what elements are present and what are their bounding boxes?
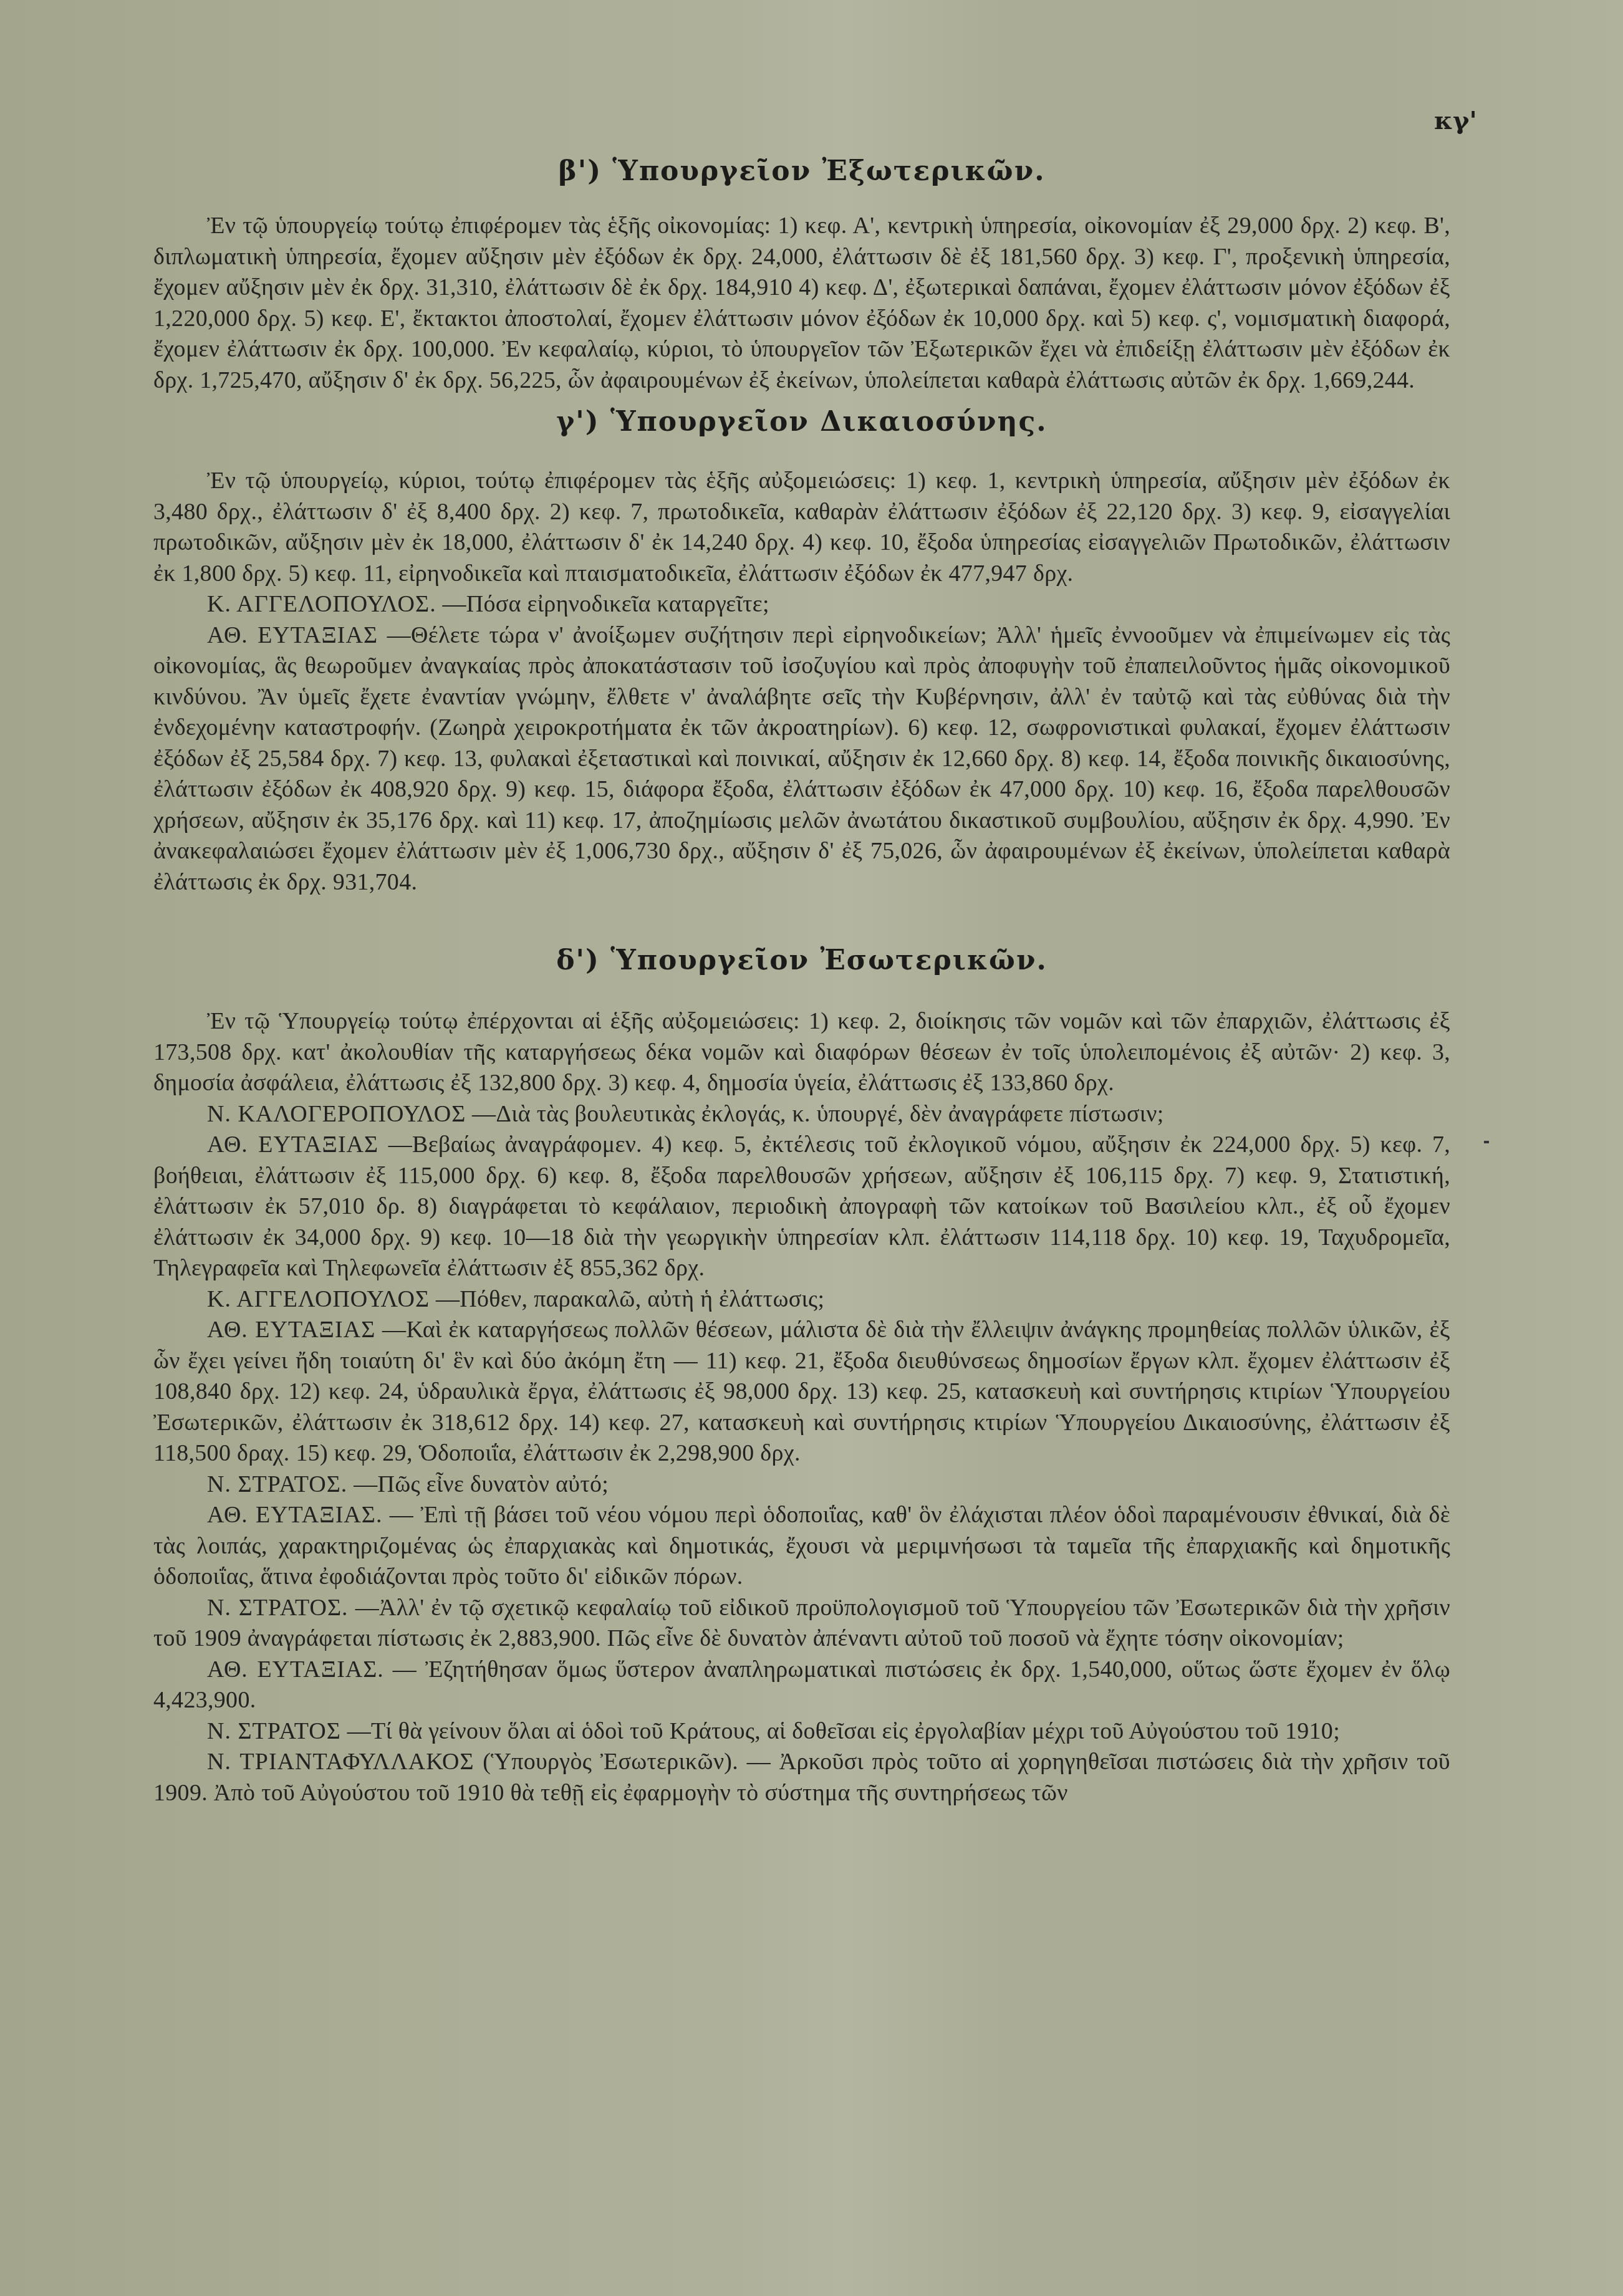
section-heading-interior: δ') Ὑπουργεῖον Ἐσωτερικῶν. xyxy=(153,933,1450,989)
speaker-name: Κ. ΑΓΓΕΛΟΠΟΥΛΟΣ. xyxy=(207,591,436,617)
paragraph: Ἐν τῷ ὑπουργείῳ, κύριοι, τούτῳ ἐπιφέρομε… xyxy=(153,466,1450,589)
speech-paragraph: ΑΘ. ΕΥΤΑΞΙΑΣ —Βεβαίως ἀναγράφομεν. 4) κε… xyxy=(153,1130,1450,1284)
paragraph-text: Ἐν τῷ Ὑπουργείῳ τούτῳ ἐπέρχονται αἱ ἑξῆς… xyxy=(153,1008,1450,1096)
speech-paragraph: Ν. ΣΤΡΑΤΟΣ. —Ἀλλ' ἐν τῷ σχετικῷ κεφαλαίῳ… xyxy=(153,1593,1450,1655)
speech-text: —Πῶς εἶνε δυνατὸν αὐτό; xyxy=(354,1471,609,1497)
speech-paragraph: Ν. ΣΤΡΑΤΟΣ. —Πῶς εἶνε δυνατὸν αὐτό; xyxy=(153,1469,1450,1501)
speech-text: —Πόθεν, παρακαλῶ, αὐτὴ ἡ ἐλάττωσις; xyxy=(436,1286,824,1312)
speaker-name: Ν. ΚΑΛΟΓΕΡΟΠΟΥΛΟΣ xyxy=(207,1101,466,1127)
speech-paragraph: Ν. ΤΡΙΑΝΤΑΦΥΛΛΑΚΟΣ (Ὑπουργὸς Ἐσωτερικῶν)… xyxy=(153,1747,1450,1808)
speaker-name: ΑΘ. ΕΥΤΑΞΙΑΣ xyxy=(207,622,378,648)
speaker-name: Ν. ΣΤΡΑΤΟΣ. xyxy=(207,1471,347,1497)
paragraph: Ἐν τῷ ὑπουργείῳ τούτῳ ἐπιφέρομεν τὰς ἑξῆ… xyxy=(153,211,1450,396)
speaker-name: Ν. ΣΤΡΑΤΟΣ xyxy=(207,1718,341,1744)
speaker-name: Ν. ΤΡΙΑΝΤΑΦΥΛΛΑΚΟΣ xyxy=(207,1749,474,1775)
speech-paragraph: ΑΘ. ΕΥΤΑΞΙΑΣ. — Ἐζητήθησαν ὅμως ὕστερον … xyxy=(153,1655,1450,1716)
speech-text: —Τί θὰ γείνουν ὅλαι αἱ ὁδοὶ τοῦ Κράτους,… xyxy=(347,1718,1340,1744)
speaker-name: Ν. ΣΤΡΑΤΟΣ. xyxy=(207,1595,349,1621)
print-mark xyxy=(1484,1141,1489,1143)
speaker-name: ΑΘ. ΕΥΤΑΞΙΑΣ. xyxy=(207,1656,384,1683)
speaker-name: ΑΘ. ΕΥΤΑΞΙΑΣ. xyxy=(207,1502,382,1528)
section-heading-justice: γ') Ὑπουργεῖον Δικαιοσύνης. xyxy=(153,396,1450,448)
speech-paragraph: ΑΘ. ΕΥΤΑΞΙΑΣ. — Ἐπὶ τῇ βάσει τοῦ νέου νό… xyxy=(153,1500,1450,1593)
document-body: β') Ὑπουργεῖον Ἐξωτερικῶν. Ἐν τῷ ὑπουργε… xyxy=(153,150,1450,1808)
speech-text: —Διὰ τὰς βουλευτικὰς ἐκλογάς, κ. ὑπουργέ… xyxy=(472,1101,1163,1127)
section-heading-foreign-affairs: β') Ὑπουργεῖον Ἐξωτερικῶν. xyxy=(153,150,1450,193)
page-number: κγ' xyxy=(1434,106,1477,135)
speech-paragraph: Ν. ΣΤΡΑΤΟΣ —Τί θὰ γείνουν ὅλαι αἱ ὁδοὶ τ… xyxy=(153,1716,1450,1747)
speaker-name: ΑΘ. ΕΥΤΑΞΙΑΣ xyxy=(207,1317,375,1343)
speech-paragraph: Κ. ΑΓΓΕΛΟΠΟΥΛΟΣ. —Πόσα εἰρηνοδικεῖα κατα… xyxy=(153,589,1450,620)
speech-paragraph: ΑΘ. ΕΥΤΑΞΙΑΣ —Καὶ ἐκ καταργήσεως πολλῶν … xyxy=(153,1315,1450,1469)
speaker-name: ΑΘ. ΕΥΤΑΞΙΑΣ xyxy=(207,1131,378,1158)
speech-paragraph: Κ. ΑΓΓΕΛΟΠΟΥΛΟΣ —Πόθεν, παρακαλῶ, αὐτὴ ἡ… xyxy=(153,1284,1450,1315)
speech-text: —Θέλετε τώρα ν' ἀνοίξωμεν συζήτησιν περὶ… xyxy=(153,622,1450,895)
speech-paragraph: Ν. ΚΑΛΟΓΕΡΟΠΟΥΛΟΣ —Διὰ τὰς βουλευτικὰς ἐ… xyxy=(153,1099,1450,1130)
paragraph-text: Ἐν τῷ ὑπουργείῳ, κύριοι, τούτῳ ἐπιφέρομε… xyxy=(153,468,1450,587)
paragraph: Ἐν τῷ Ὑπουργείῳ τούτῳ ἐπέρχονται αἱ ἑξῆς… xyxy=(153,1006,1450,1099)
speaker-name: Κ. ΑΓΓΕΛΟΠΟΥΛΟΣ xyxy=(207,1286,430,1312)
speech-text: —Πόσα εἰρηνοδικεῖα καταργεῖτε; xyxy=(442,591,769,617)
paragraph-text: Ἐν τῷ ὑπουργείῳ τούτῳ ἐπιφέρομεν τὰς ἑξῆ… xyxy=(153,213,1450,393)
speech-paragraph: ΑΘ. ΕΥΤΑΞΙΑΣ —Θέλετε τώρα ν' ἀνοίξωμεν σ… xyxy=(153,620,1450,898)
